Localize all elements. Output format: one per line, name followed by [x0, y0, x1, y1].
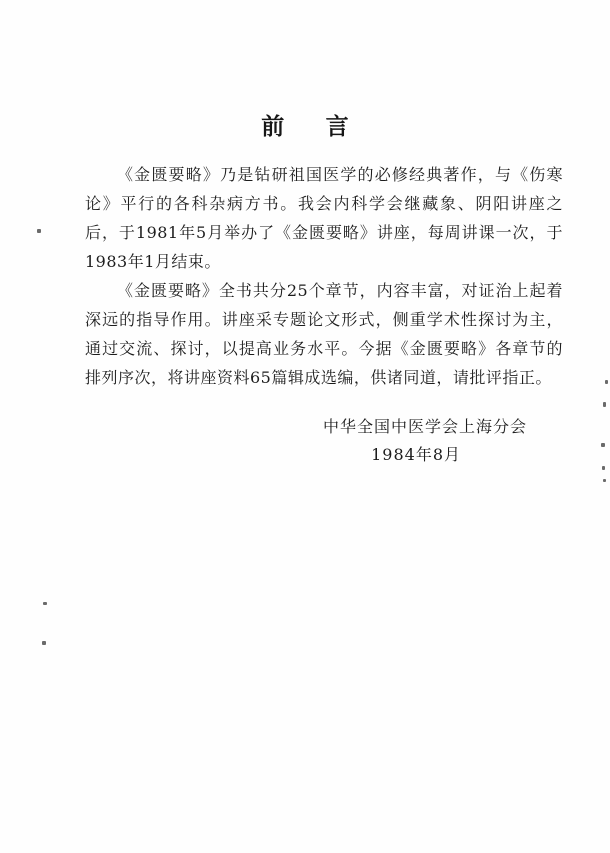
preface-paragraph-2: 《金匮要略》全书共分25个章节，内容丰富，对证治上起着深远的指导作用。讲座采专题… [85, 276, 563, 392]
scan-artifact [603, 402, 606, 407]
signature-line: 中华全国中医学会上海分会 [85, 416, 563, 438]
scan-artifact [603, 479, 606, 482]
scan-artifact [605, 380, 608, 384]
scan-artifact [43, 602, 47, 605]
scan-artifact [42, 641, 46, 645]
scan-artifact [601, 443, 605, 447]
preface-body: 《金匮要略》乃是钻研祖国医学的必修经典著作，与《伤寒论》平行的各科杂病方书。我会… [85, 160, 563, 392]
organization-name: 中华全国中医学会上海分会 [323, 417, 563, 436]
publication-date: 1984年8月 [371, 445, 563, 464]
scan-artifact [37, 229, 41, 233]
book-page: 前言 《金匮要略》乃是钻研祖国医学的必修经典著作，与《伤寒论》平行的各科杂病方书… [0, 0, 610, 853]
date-line: 1984年8月 [85, 444, 563, 466]
preface-paragraph-1: 《金匮要略》乃是钻研祖国医学的必修经典著作，与《伤寒论》平行的各科杂病方书。我会… [85, 160, 563, 276]
scan-artifact [602, 466, 605, 470]
page-title: 前言 [0, 108, 610, 141]
